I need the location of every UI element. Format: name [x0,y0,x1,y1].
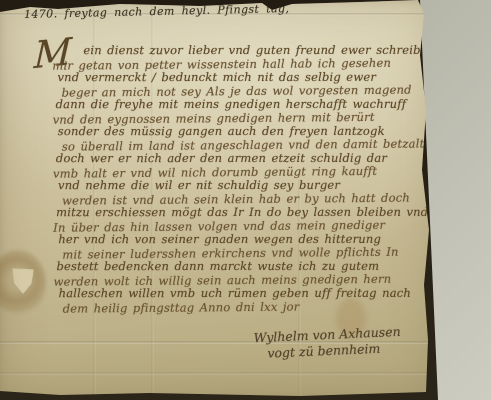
manuscript-line: her vnd ich von seiner gnaden wegen des … [58,233,432,247]
manuscript-line: vnd vermerckt / bedunckt mich nit das se… [57,71,431,85]
drop-initial: M [33,30,72,77]
manuscript-line: dann die freyhe mit meins gnedigen hersc… [56,98,432,112]
manuscript-photo: 1470. freytag nach dem heyl. Pfingst tag… [0,0,491,400]
manuscript-paper: 1470. freytag nach dem heyl. Pfingst tag… [0,0,436,400]
fold-crease-horizontal [0,372,436,375]
seal-impression-center [12,268,34,294]
manuscript-line: bestett bedencken dann marckt wuste ich … [56,260,432,274]
manuscript-line: vnd nehme die wil er nit schuldig sey bu… [58,179,432,193]
manuscript-line: mitzu erschiessen mögt das Ir In do bey … [56,206,432,220]
signature-block: Wylhelm von Axhausen vogt zü bennheim [253,324,401,362]
fold-crease-vertical [298,180,301,400]
manuscript-line: mit seiner ludersshen erkirchens vnd wol… [62,245,432,262]
manuscript-line: halleschen willen vmb uch rümen geben uf… [59,287,433,301]
manuscript-line: werden ist vnd auch sein klein hab er by… [62,191,432,208]
fold-crease-horizontal [0,13,436,16]
manuscript-line: sonder des müssig gangen auch den freyen… [58,125,432,139]
manuscript-line: werden wolt ich willig sein auch meins g… [53,272,432,289]
signature-name: Wylhelm von Axhausen [253,324,401,346]
manuscript-line: vnd den eygnossen meins gnedigen hern mi… [53,110,432,127]
manuscript-line: so überall im land ist angeschlagen vnd … [62,137,432,154]
manuscript-line: vmb halt er vnd wil nich dorumb genügt r… [53,164,432,181]
seal-impression [0,250,46,316]
paper-stain [336,298,366,338]
letter-body: ein dienst zuvor lieber vnd guten freund… [55,43,432,315]
manuscript-line: ein dienst zuvor lieber vnd guten freund… [55,44,431,58]
manuscript-line: doch wer er nich ader den armen etzeit s… [56,152,432,166]
manuscript-line: In über das hin lassen volgen vnd das me… [53,218,432,235]
signature-title: vogt zü bennheim [267,340,402,362]
manuscript-line: dem heilig pfingsttag Anno dni lxx jor [63,299,433,316]
manuscript-line: mir getan von petter wissenstein hall ha… [52,56,431,73]
fold-crease-vertical [93,0,96,400]
fold-crease-vertical [151,0,154,400]
fold-crease-horizontal [0,341,436,344]
manuscript-line: beger an mich not sey Als je das wol vor… [61,83,431,100]
